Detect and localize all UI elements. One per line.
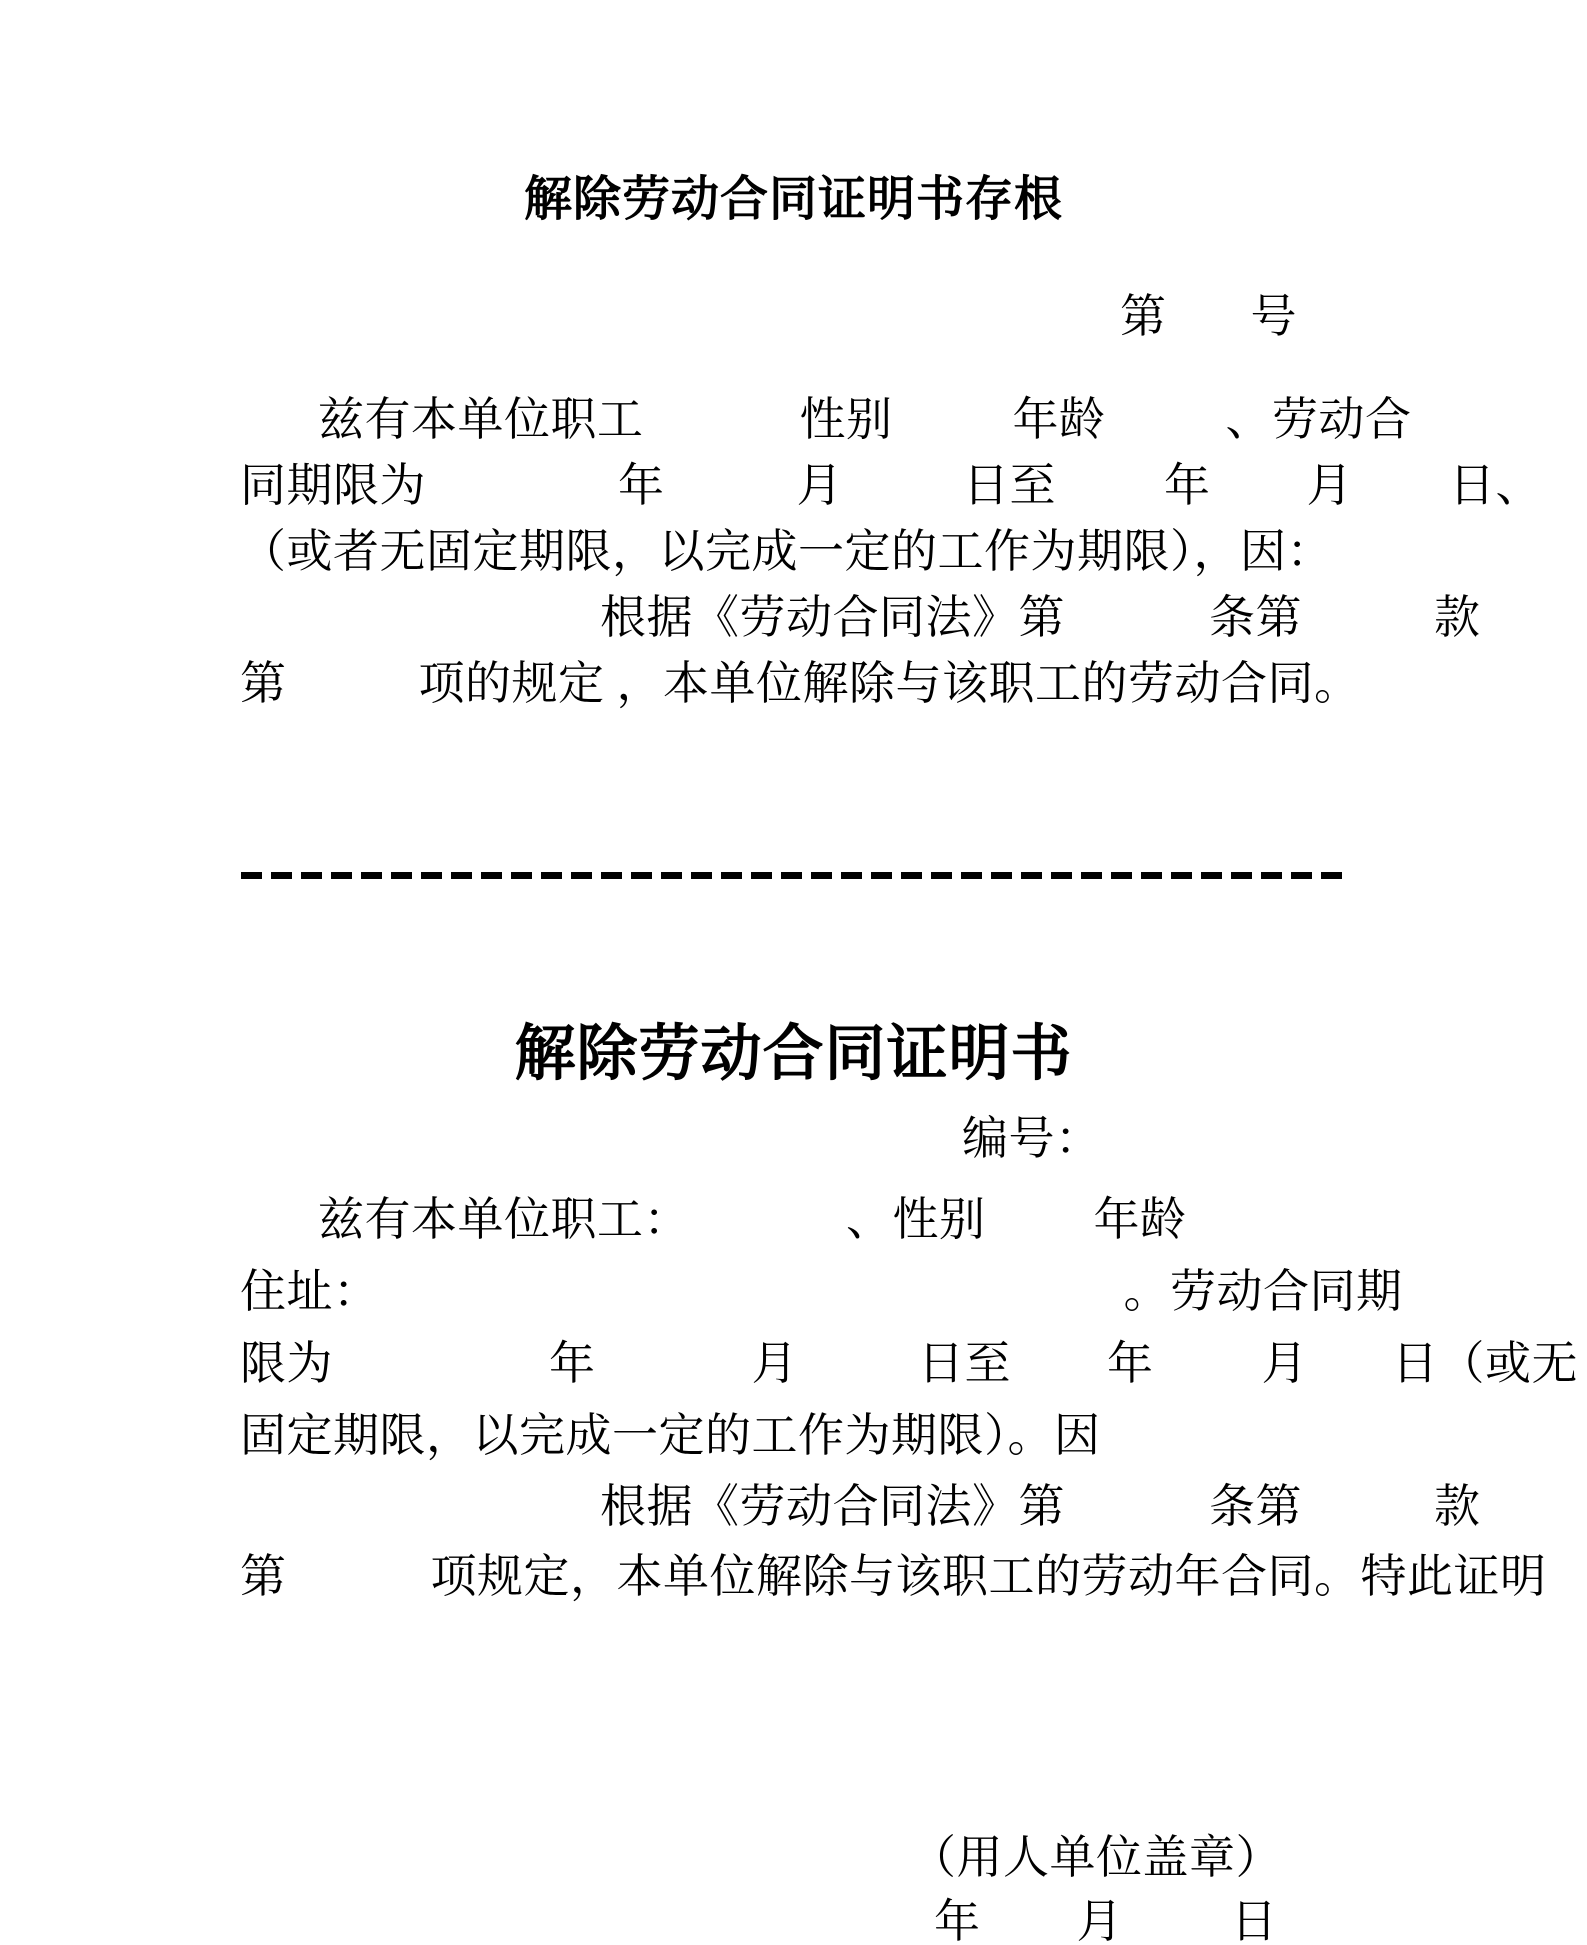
stub-body-line-4: 根据《劳动合同法》第 条第 款 [600,592,1481,645]
employer-seal-note: （用人单位盖章） [910,1832,1282,1885]
document-page: 解除劳动合同证明书存根 第 号 兹有本单位职工 性别 年龄 、劳动合 同期限为 … [0,0,1587,1945]
stub-title: 解除劳动合同证明书存根 [0,160,1587,229]
certificate-body-line-3: 限为 年 月 日至 年 月 日（或无 [240,1338,1578,1391]
tear-off-dashed-divider [241,872,1345,879]
certificate-body-line-4: 固定期限，以完成一定的工作为期限）。因 [240,1410,1101,1463]
certificate-number-label: 编号： [962,1113,1102,1166]
certificate-body-line-5: 根据《劳动合同法》第 条第 款 [600,1481,1481,1534]
stub-body-line-3: （或者无固定期限，以完成一定的工作为期限），因： [240,526,1333,579]
stub-number-line: 第 号 [1120,291,1297,344]
stub-body-line-2: 同期限为 年 月 日至 年 月 日、 [240,460,1542,513]
signature-date-line: 年 月 日 [934,1896,1278,1945]
stub-body-line-5: 第 项的规定 ，本单位解除与该职工的劳动合同。 [240,658,1361,711]
certificate-body-line-1: 兹有本单位职工： 、性别 年龄 [318,1194,1187,1247]
certificate-title: 解除劳动合同证明书 [0,1005,1587,1092]
stub-body-line-1: 兹有本单位职工 性别 年龄 、劳动合 [318,394,1412,447]
certificate-body-line-6: 第 项规定，本单位解除与该职工的劳动年合同。特此证明 [240,1551,1547,1604]
certificate-body-line-2: 住址： 。劳动合同期 [240,1266,1403,1319]
